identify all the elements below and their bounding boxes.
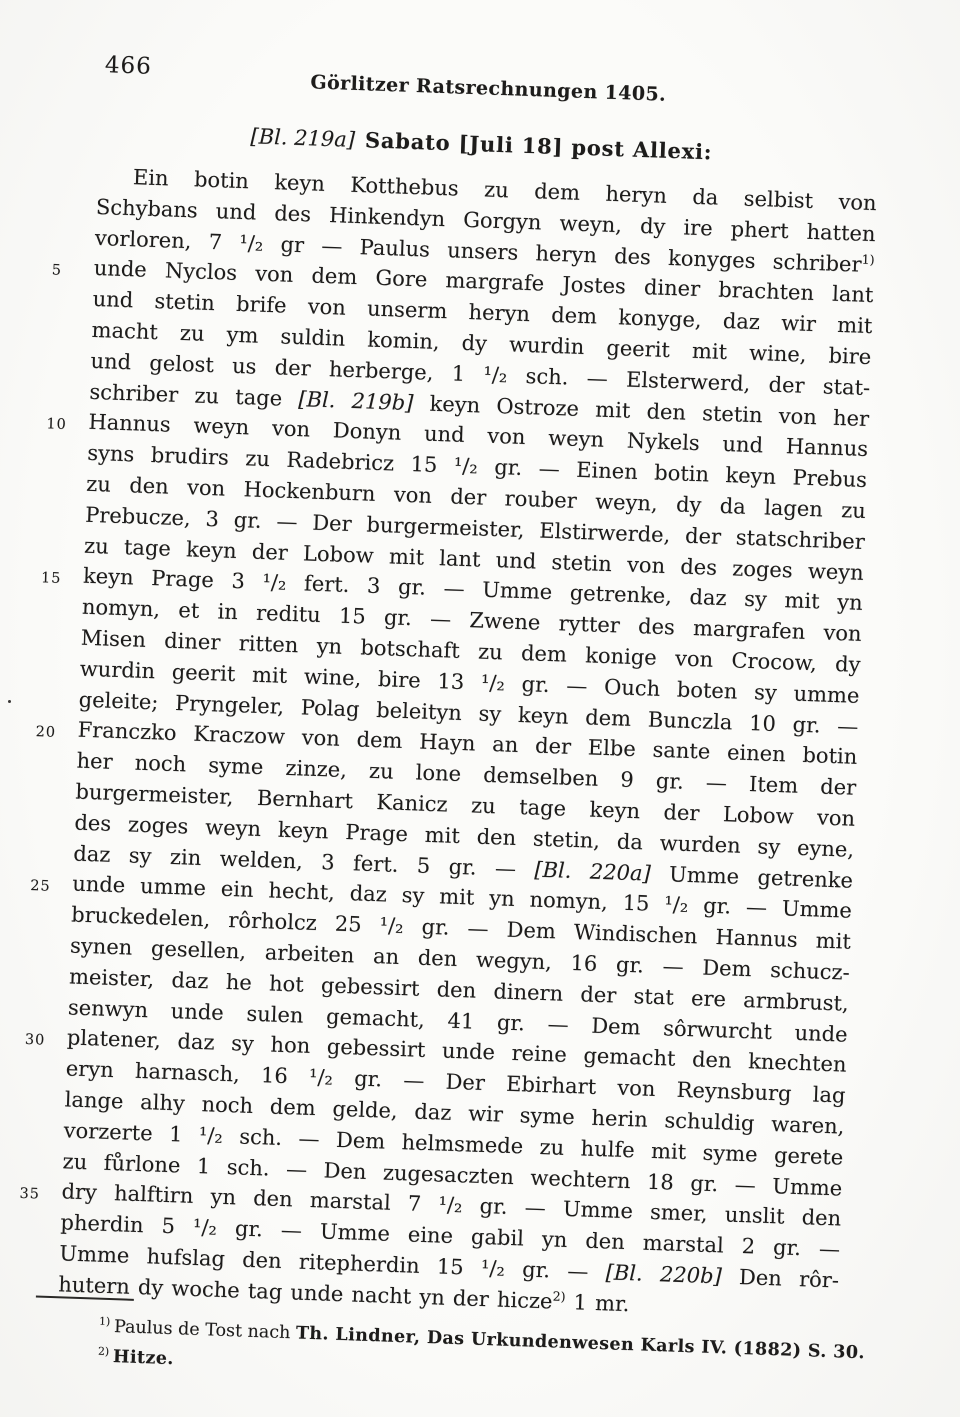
footnote-marker: 1)	[861, 251, 874, 266]
margin-line-number: 15	[40, 564, 67, 596]
text-segment: Umme getrenke	[650, 861, 853, 892]
margin-line-number: 35	[19, 1179, 46, 1211]
margin-line-number: 10	[46, 410, 73, 442]
text-segment: schriber zu tage	[89, 379, 299, 410]
margin-line-number: 20	[35, 717, 62, 749]
text-segment: Den rôr-	[721, 1264, 839, 1292]
inline-folio-reference: [Bl. 220a]	[534, 857, 651, 885]
footnote-marker: 2)	[98, 1344, 110, 1357]
folio-reference: [Bl. 219a]	[250, 124, 355, 152]
margin-line-number: 30	[24, 1025, 51, 1057]
page-header: 466 Görlitzer Ratsrechnungen 1405.	[100, 34, 881, 117]
page-content: 466 Görlitzer Ratsrechnungen 1405. [Bl. …	[55, 34, 881, 1395]
ink-speck	[8, 700, 11, 703]
inline-folio-reference: [Bl. 220b]	[605, 1260, 722, 1288]
scanned-book-page: 466 Görlitzer Ratsrechnungen 1405. [Bl. …	[0, 0, 960, 1417]
text-segment: Paulus de Tost nach	[114, 1318, 297, 1344]
footnote-marker: 2)	[552, 1288, 565, 1303]
fraktur-text-segment: Hitze.	[113, 1347, 175, 1369]
entry-title: Sabato [Juli 18] post Allexi:	[365, 127, 713, 164]
margin-line-number: 5	[51, 256, 78, 288]
inline-folio-reference: [Bl. 219b]	[298, 387, 414, 415]
text-segment: 1 mr.	[565, 1290, 630, 1316]
margin-line-number: 25	[30, 871, 57, 903]
page-number: 466	[104, 52, 152, 80]
footnote-marker: 1)	[99, 1315, 111, 1328]
body-text: Ein botin keyn Kotthebus zu dem heryn da…	[58, 161, 877, 1327]
running-title: Görlitzer Ratsrechnungen 1405.	[310, 71, 666, 105]
